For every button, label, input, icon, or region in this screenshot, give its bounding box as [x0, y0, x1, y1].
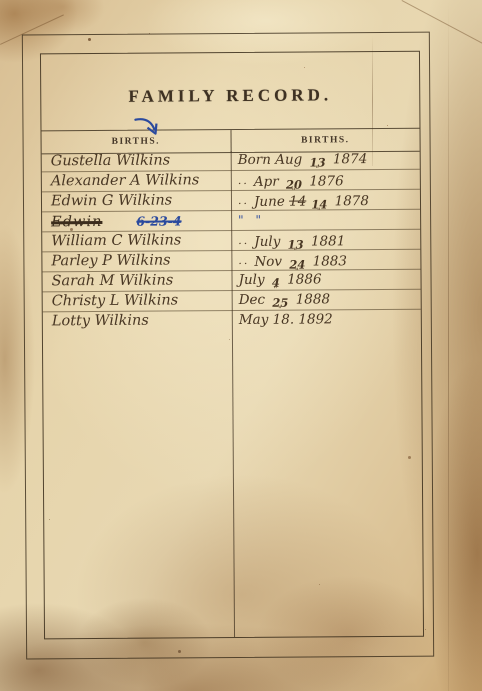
ditto-marks: .. — [238, 194, 249, 207]
record-row: Christy L WilkinsDec 25" 1888 — [43, 290, 421, 313]
person-name: Gustella Wilkins — [51, 152, 171, 169]
ditto-marks: .. — [238, 234, 249, 247]
birth-year: 1883 — [308, 253, 347, 269]
person-name: Edwin G Wilkins — [51, 192, 172, 209]
blue-ditto-marks: " " — [238, 213, 265, 227]
birthdate-cell: July 4" 1886 — [231, 270, 420, 290]
struck-out-name: Edwin — [51, 214, 102, 230]
name-cell: Alexander A Wilkins — [42, 171, 231, 191]
born-label: Born — [238, 152, 276, 168]
birth-year: 1876 — [305, 173, 344, 189]
birthdate-cell: " " — [231, 210, 420, 230]
birth-month: July — [238, 272, 268, 288]
birth-year: 1874 — [329, 151, 368, 167]
corrected-day: 14 — [289, 194, 306, 210]
birth-year: 1892 — [298, 311, 332, 327]
name-cell: Edwin6-23-4 — [42, 211, 231, 231]
birthdate-cell: Born Aug 13" 1874 — [231, 150, 420, 170]
insertion-arrow-icon — [133, 114, 163, 140]
record-row: Lotty WilkinsMay 18. 1892 — [43, 310, 421, 332]
birth-day: 18. — [273, 312, 299, 328]
birth-year: 1886 — [283, 271, 322, 287]
aged-paper-page: FAMILY RECORD. BIRTHS. BIRTHS. Gustella … — [0, 0, 482, 691]
birthdate-cell: ..Nov 24" 1883 — [231, 250, 420, 270]
name-cell: Edwin G Wilkins — [42, 191, 231, 211]
person-name: Lotty Wilkins — [52, 313, 149, 330]
birthdate-cell: May 18. 1892 — [232, 310, 421, 330]
birth-month: Aug — [275, 152, 307, 168]
record-row: Gustella WilkinsBorn Aug 13" 1874 — [42, 150, 420, 173]
births-column-header-right: BIRTHS. — [231, 129, 420, 152]
birthdate-cell: ..June 1414" 1878 — [231, 190, 420, 210]
person-name: Sarah M Wilkins — [51, 272, 173, 289]
birthdate-cell: ..Apr 20" 1876 — [231, 170, 420, 190]
record-row: William C Wilkins..July 13" 1881 — [42, 230, 420, 253]
birth-year: 1881 — [307, 233, 346, 249]
record-row: Edwin G Wilkins..June 1414" 1878 — [42, 190, 420, 213]
birth-month: Nov — [254, 254, 286, 270]
birth-month: July — [254, 234, 284, 250]
blue-ink-note: 6-23-4 — [136, 213, 181, 228]
page-title: FAMILY RECORD. — [41, 85, 419, 108]
births-table: FAMILY RECORD. BIRTHS. BIRTHS. Gustella … — [40, 51, 424, 640]
record-sheet: FAMILY RECORD. BIRTHS. BIRTHS. Gustella … — [0, 0, 482, 691]
birth-month: Apr — [254, 174, 283, 190]
ditto-marks: .. — [238, 254, 249, 267]
birth-month: May — [239, 312, 273, 328]
person-name: Parley P Wilkins — [51, 252, 170, 269]
record-row: Parley P Wilkins..Nov 24" 1883 — [42, 250, 420, 273]
record-row: Alexander A Wilkins..Apr 20" 1876 — [42, 170, 420, 193]
birth-month: Dec — [239, 292, 270, 308]
birthdate-cell: Dec 25" 1888 — [232, 290, 421, 310]
record-row: Edwin6-23-4" " — [42, 210, 420, 233]
ditto-marks: .. — [238, 174, 249, 187]
person-name: Christy L Wilkins — [52, 292, 179, 309]
person-name: Alexander A Wilkins — [51, 172, 200, 189]
name-cell: Christy L Wilkins — [43, 291, 232, 311]
name-cell: William C Wilkins — [42, 231, 231, 251]
name-cell: Sarah M Wilkins — [42, 271, 231, 291]
person-name: William C Wilkins — [51, 232, 181, 249]
birthdate-cell: ..July 13" 1881 — [231, 230, 420, 250]
birth-year: 1888 — [291, 291, 330, 307]
record-row: Sarah M WilkinsJuly 4" 1886 — [42, 270, 420, 293]
name-cell: Lotty Wilkins — [43, 311, 232, 331]
birth-year: 1878 — [330, 193, 369, 209]
name-cell: Gustella Wilkins — [42, 151, 231, 171]
record-rows: Gustella WilkinsBorn Aug 13" 1874Alexand… — [42, 150, 421, 332]
birth-month: June — [254, 194, 289, 210]
name-cell: Parley P Wilkins — [42, 251, 231, 271]
